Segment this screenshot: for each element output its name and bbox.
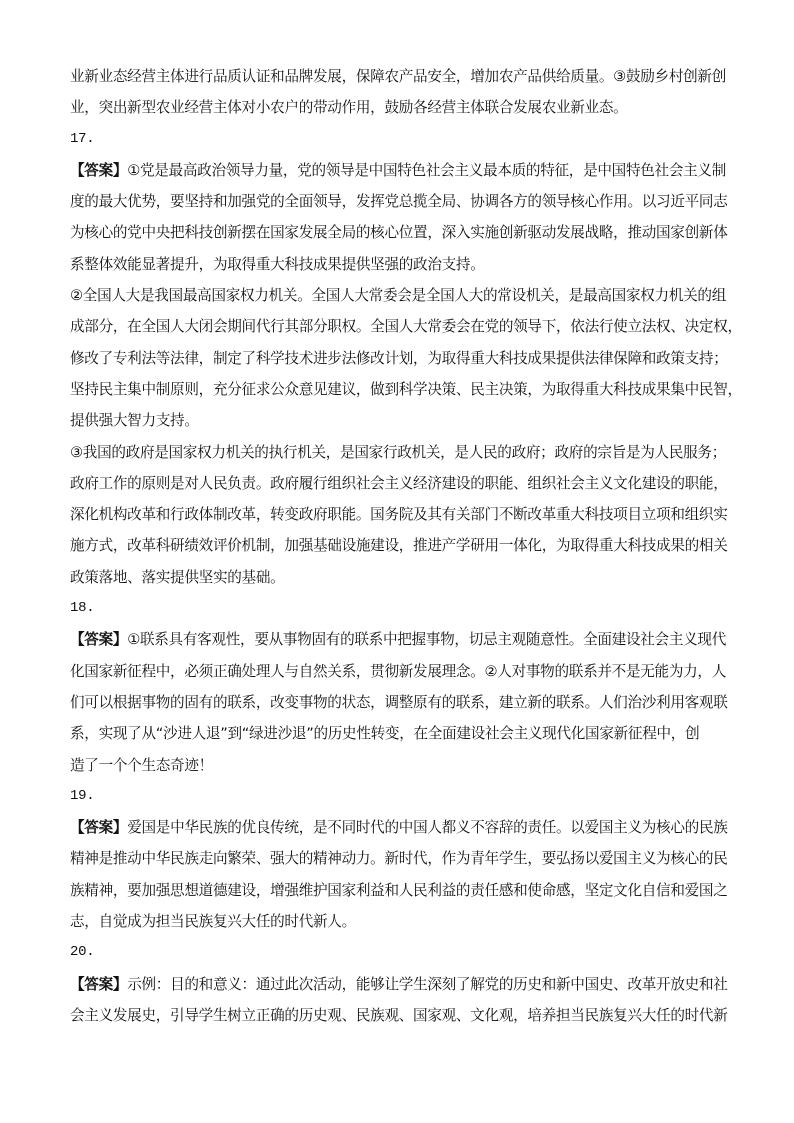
text-line: 系整体效能显著提升，为取得重大科技成果提供坚强的政治支持。	[70, 249, 730, 280]
answer-tag: 【答案】	[70, 162, 127, 179]
text-line: 修改了专利法等法律，制定了科学技术进步法修改计划，为取得重大科技成果提供法律保障…	[70, 343, 730, 374]
text-line: ②全国人大是我国最高国家权力机关。全国人大常委会是全国人大的常设机关，是最高国家…	[70, 280, 730, 311]
text-line: 度的最大优势，要坚持和加强党的全面领导，发挥党总揽全局、协调各方的领导核心作用。…	[70, 186, 730, 217]
text-line: 精神是推动中华民族走向繁荣、强大的精神动力。新时代，作为青年学生，要弘扬以爱国主…	[70, 843, 730, 874]
question-18: 18. 【答案】①联系具有客观性，要从事物固有的联系中把握事物，切忌主观随意性。…	[70, 593, 730, 781]
text-line: 深化机构改革和行政体制改革，转变政府职能。国务院及其有关部门不断改革重大科技项目…	[70, 499, 730, 530]
text-line: ①联系具有客观性，要从事物固有的联系中把握事物，切忌主观随意性。全面建设社会主义…	[127, 631, 726, 648]
text-line: 施方式，改革科研绩效评价机制，加强基础设施建设，推进产学研用一体化，为取得重大科…	[70, 530, 730, 561]
text-line: 爱国是中华民族的优良传统，是不同时代的中国人都义不容辞的责任。以爱国主义为核心的…	[127, 819, 727, 836]
text-line: 造了一个个生态奇迹！	[70, 750, 730, 781]
text-line: 提供强大智力支持。	[70, 405, 730, 436]
text-line: 系，实现了从“沙进人退”到“绿进沙退”的历史性转变，在全面建设社会主义现代化国家…	[70, 718, 730, 749]
text-line: ①党是最高政治领导力量，党的领导是中国特色社会主义最本质的特征，是中国特色社会主…	[127, 162, 726, 179]
text-line: 族精神，要加强思想道德建设，增强维护国家利益和人民利益的责任感和使命感，坚定文化…	[70, 875, 730, 906]
question-number: 17.	[70, 124, 730, 155]
answer-tag: 【答案】	[70, 631, 127, 648]
text-line: 业，突出新型农业经营主体对小农户的带动作用，鼓励各经营主体联合发展农业新业态。	[70, 92, 730, 123]
text-line: 们可以根据事物的固有的联系，改变事物的状态，调整原有的联系，建立新的联系。人们治…	[70, 687, 730, 718]
document-page: 业新业态经营主体进行品质认证和品牌发展，保障农产品安全，增加农产品供给质量。③鼓…	[70, 61, 730, 1031]
text-line: 业新业态经营主体进行品质认证和品牌发展，保障农产品安全，增加农产品供给质量。③鼓…	[70, 61, 730, 92]
question-20: 20. 【答案】示例：目的和意义：通过此次活动，能够让学生深刻了解党的历史和新中…	[70, 937, 730, 1031]
question-number: 18.	[70, 593, 730, 624]
text-line: 政策落地、落实提供坚实的基础。	[70, 562, 730, 593]
text-line: ③我国的政府是国家权力机关的执行机关，是国家行政机关，是人民的政府；政府的宗旨是…	[70, 437, 730, 468]
text-line: 政府工作的原则是对人民负责。政府履行组织社会主义经济建设的职能、组织社会主义文化…	[70, 468, 730, 499]
question-number: 19.	[70, 781, 730, 812]
question-17: 17. 【答案】①党是最高政治领导力量，党的领导是中国特色社会主义最本质的特征，…	[70, 124, 730, 593]
text-line: 化国家新征程中，必须正确处理人与自然关系，贯彻新发展理念。②人对事物的联系并不是…	[70, 656, 730, 687]
continuation-paragraph: 业新业态经营主体进行品质认证和品牌发展，保障农产品安全，增加农产品供给质量。③鼓…	[70, 61, 730, 124]
text-line: 为核心的党中央把科技创新摆在国家发展全局的核心位置，深入实施创新驱动发展战略，推…	[70, 217, 730, 248]
text-line: 会主义发展史，引导学生树立正确的历史观、民族观、国家观、文化观，培养担当民族复兴…	[70, 1000, 730, 1031]
question-number: 20.	[70, 937, 730, 968]
text-line: 示例：目的和意义：通过此次活动，能够让学生深刻了解党的历史和新中国史、改革开放史…	[127, 976, 727, 993]
question-19: 19. 【答案】爱国是中华民族的优良传统，是不同时代的中国人都义不容辞的责任。以…	[70, 781, 730, 937]
text-line: 志，自觉成为担当民族复兴大任的时代新人。	[70, 906, 730, 937]
answer-tag: 【答案】	[70, 819, 127, 836]
answer-tag: 【答案】	[70, 976, 127, 993]
text-line: 成部分，在全国人大闭会期间代行其部分职权。全国人大常委会在党的领导下，依法行使立…	[70, 311, 730, 342]
text-line: 坚持民主集中制原则，充分征求公众意见建议，做到科学决策、民主决策，为取得重大科技…	[70, 374, 730, 405]
